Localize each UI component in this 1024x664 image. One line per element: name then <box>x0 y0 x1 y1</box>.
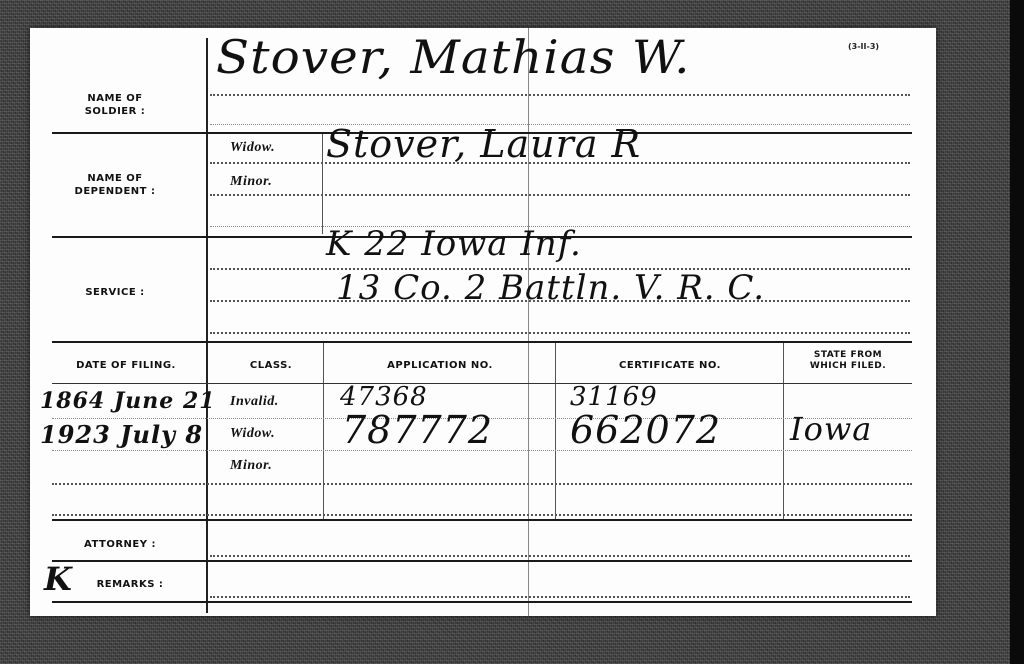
class-invalid-label: Invalid. <box>230 394 279 410</box>
date-of-filing-header: DATE OF FILING. <box>56 359 196 372</box>
remarks-handwritten-mark: K <box>44 560 73 598</box>
dotted-line <box>210 194 910 196</box>
section-rule <box>52 601 912 603</box>
application-no-header: APPLICATION NO. <box>340 359 540 372</box>
dependent-minor-label: Minor. <box>230 174 272 190</box>
dotted-line <box>210 162 910 164</box>
dotted-line <box>210 94 910 96</box>
soldier-name: Stover, Mathias W. <box>216 30 691 84</box>
section-rule <box>52 560 912 562</box>
form-code: (3-II-3) <box>848 42 879 51</box>
section-rule <box>52 519 912 521</box>
remarks-label: REMARKS : <box>80 578 180 591</box>
class-minor-label: Minor. <box>230 458 272 474</box>
certificate-no-2: 662072 <box>570 408 721 452</box>
label-line: SOLDIER : <box>70 105 160 118</box>
class-header: CLASS. <box>226 359 316 372</box>
column-divider-certificate <box>783 343 784 519</box>
label-line: NAME OF <box>70 92 160 105</box>
column-divider-application <box>555 343 556 519</box>
table-header-rule <box>52 383 912 384</box>
application-no-2: 787772 <box>342 408 493 452</box>
scan-edge <box>1010 0 1024 664</box>
service-line-1: K 22 Iowa Inf. <box>326 224 582 264</box>
label-line: NAME OF <box>60 172 170 185</box>
label-line: WHICH FILED. <box>788 361 908 372</box>
dependent-type-divider <box>322 134 323 234</box>
label-line: STATE FROM <box>788 350 908 361</box>
dependent-name: Stover, Laura R <box>326 122 641 166</box>
dotted-line <box>210 596 910 598</box>
service-label: SERVICE : <box>70 286 160 299</box>
card-fold-line <box>528 28 529 616</box>
dotted-line <box>210 555 910 557</box>
column-divider-class <box>323 343 324 519</box>
label-line: DEPENDENT : <box>60 185 170 198</box>
name-of-soldier-label: NAME OF SOLDIER : <box>70 92 160 118</box>
filing-date-1: 1864 June 21 <box>40 388 216 414</box>
state-filed: Iowa <box>790 410 872 448</box>
dotted-line <box>210 300 910 302</box>
dotted-line <box>210 332 910 334</box>
name-of-dependent-label: NAME OF DEPENDENT : <box>60 172 170 198</box>
certificate-no-header: CERTIFICATE NO. <box>575 359 765 372</box>
dotted-line <box>210 268 910 270</box>
dotted-line <box>52 483 912 485</box>
pension-index-card: (3-II-3) NAME OF SOLDIER : Stover, Mathi… <box>30 28 936 616</box>
service-line-2: 13 Co. 2 Battln. V. R. C. <box>336 268 765 308</box>
class-widow-label: Widow. <box>230 426 275 442</box>
dependent-widow-label: Widow. <box>230 140 275 156</box>
filing-date-2: 1923 July 8 <box>40 420 203 449</box>
label-column-divider <box>206 38 208 613</box>
dotted-line <box>52 514 912 516</box>
state-from-header: STATE FROM WHICH FILED. <box>788 350 908 372</box>
attorney-label: ATTORNEY : <box>70 538 170 551</box>
